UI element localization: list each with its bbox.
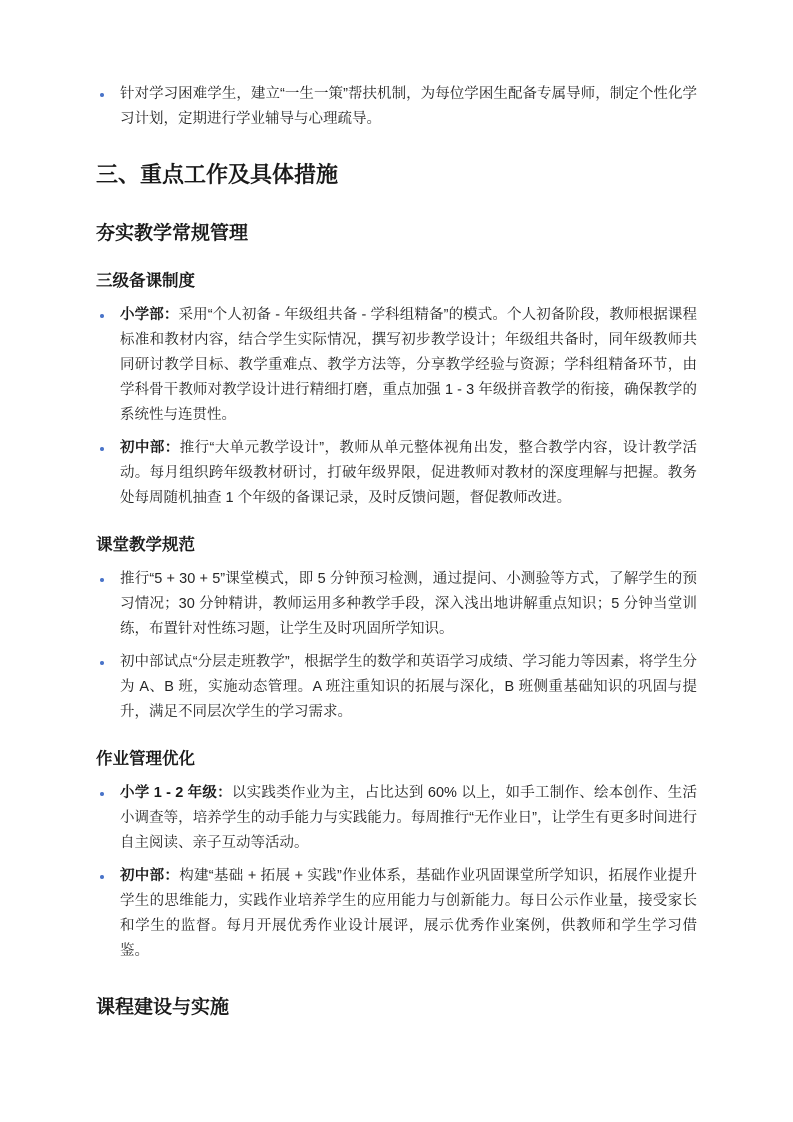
classroom-bullet-list: 推行“5 + 30 + 5”课堂模式，即 5 分钟预习检测，通过提问、小测验等方… (96, 567, 697, 725)
topic-heading-homework: 作业管理优化 (96, 747, 697, 771)
list-item-text: 初中部：推行“大单元教学设计”，教师从单元整体视角出发，整合教学内容，设计教学活… (120, 436, 697, 511)
list-item-body: 初中部试点“分层走班教学”，根据学生的数学和英语学习成绩、学习能力等因素，将学生… (120, 654, 697, 720)
bullet-icon (100, 578, 104, 582)
list-item-text: 推行“5 + 30 + 5”课堂模式，即 5 分钟预习检测，通过提问、小测验等方… (120, 567, 697, 642)
subsection-heading-routine: 夯实教学常规管理 (96, 220, 697, 247)
list-item-lead: 初中部： (120, 440, 180, 456)
list-item: 小学部：采用“个人初备 - 年级组共备 - 学科组精备”的模式。个人初备阶段，教… (96, 303, 697, 428)
list-item: 初中部试点“分层走班教学”，根据学生的数学和英语学习成绩、学习能力等因素，将学生… (96, 650, 697, 725)
list-item-lead: 小学部： (120, 307, 178, 323)
list-item-text: 小学 1 - 2 年级：以实践类作业为主，占比达到 60% 以上，如手工制作、绘… (120, 781, 697, 856)
bullet-icon (100, 314, 104, 318)
list-item-text: 小学部：采用“个人初备 - 年级组共备 - 学科组精备”的模式。个人初备阶段，教… (120, 303, 697, 428)
list-item-lead: 小学 1 - 2 年级： (120, 785, 232, 801)
list-item: 初中部：构建“基础 + 拓展 + 实践”作业体系，基础作业巩固课堂所学知识，拓展… (96, 864, 697, 964)
list-item: 推行“5 + 30 + 5”课堂模式，即 5 分钟预习检测，通过提问、小测验等方… (96, 567, 697, 642)
bullet-icon (100, 875, 104, 879)
list-item-body: 推行“大单元教学设计”，教师从单元整体视角出发，整合教学内容，设计教学活动。每月… (120, 440, 697, 506)
homework-bullet-list: 小学 1 - 2 年级：以实践类作业为主，占比达到 60% 以上，如手工制作、绘… (96, 781, 697, 964)
subsection-heading-curriculum: 课程建设与实施 (96, 994, 697, 1021)
list-item-body: 构建“基础 + 拓展 + 实践”作业体系，基础作业巩固课堂所学知识，拓展作业提升… (120, 868, 697, 959)
list-item-body: 推行“5 + 30 + 5”课堂模式，即 5 分钟预习检测，通过提问、小测验等方… (120, 571, 697, 637)
topic-heading-classroom: 课堂教学规范 (96, 533, 697, 557)
list-item-body: 采用“个人初备 - 年级组共备 - 学科组精备”的模式。个人初备阶段，教师根据课… (120, 307, 697, 423)
list-item-text: 初中部试点“分层走班教学”，根据学生的数学和英语学习成绩、学习能力等因素，将学生… (120, 650, 697, 725)
list-item: 针对学习困难学生，建立“一生一策”帮扶机制，为每位学困生配备专属导师，制定个性化… (96, 82, 697, 132)
list-item-lead: 初中部： (120, 868, 179, 884)
list-item-body: 针对学习困难学生，建立“一生一策”帮扶机制，为每位学困生配备专属导师，制定个性化… (120, 86, 697, 127)
bullet-icon (100, 661, 104, 665)
list-item: 初中部：推行“大单元教学设计”，教师从单元整体视角出发，整合教学内容，设计教学活… (96, 436, 697, 511)
list-item-text: 针对学习困难学生，建立“一生一策”帮扶机制，为每位学困生配备专属导师，制定个性化… (120, 82, 697, 132)
topic-heading-lesson-prep: 三级备课制度 (96, 269, 697, 293)
list-item-text: 初中部：构建“基础 + 拓展 + 实践”作业体系，基础作业巩固课堂所学知识，拓展… (120, 864, 697, 964)
bullet-icon (100, 93, 104, 97)
section-heading-main: 三、重点工作及具体措施 (96, 160, 697, 190)
list-item: 小学 1 - 2 年级：以实践类作业为主，占比达到 60% 以上，如手工制作、绘… (96, 781, 697, 856)
document-page: 针对学习困难学生，建立“一生一策”帮扶机制，为每位学困生配备专属导师，制定个性化… (0, 0, 793, 1122)
intro-bullet-list: 针对学习困难学生，建立“一生一策”帮扶机制，为每位学困生配备专属导师，制定个性化… (96, 82, 697, 132)
bullet-icon (100, 792, 104, 796)
lesson-prep-bullet-list: 小学部：采用“个人初备 - 年级组共备 - 学科组精备”的模式。个人初备阶段，教… (96, 303, 697, 511)
bullet-icon (100, 447, 104, 451)
